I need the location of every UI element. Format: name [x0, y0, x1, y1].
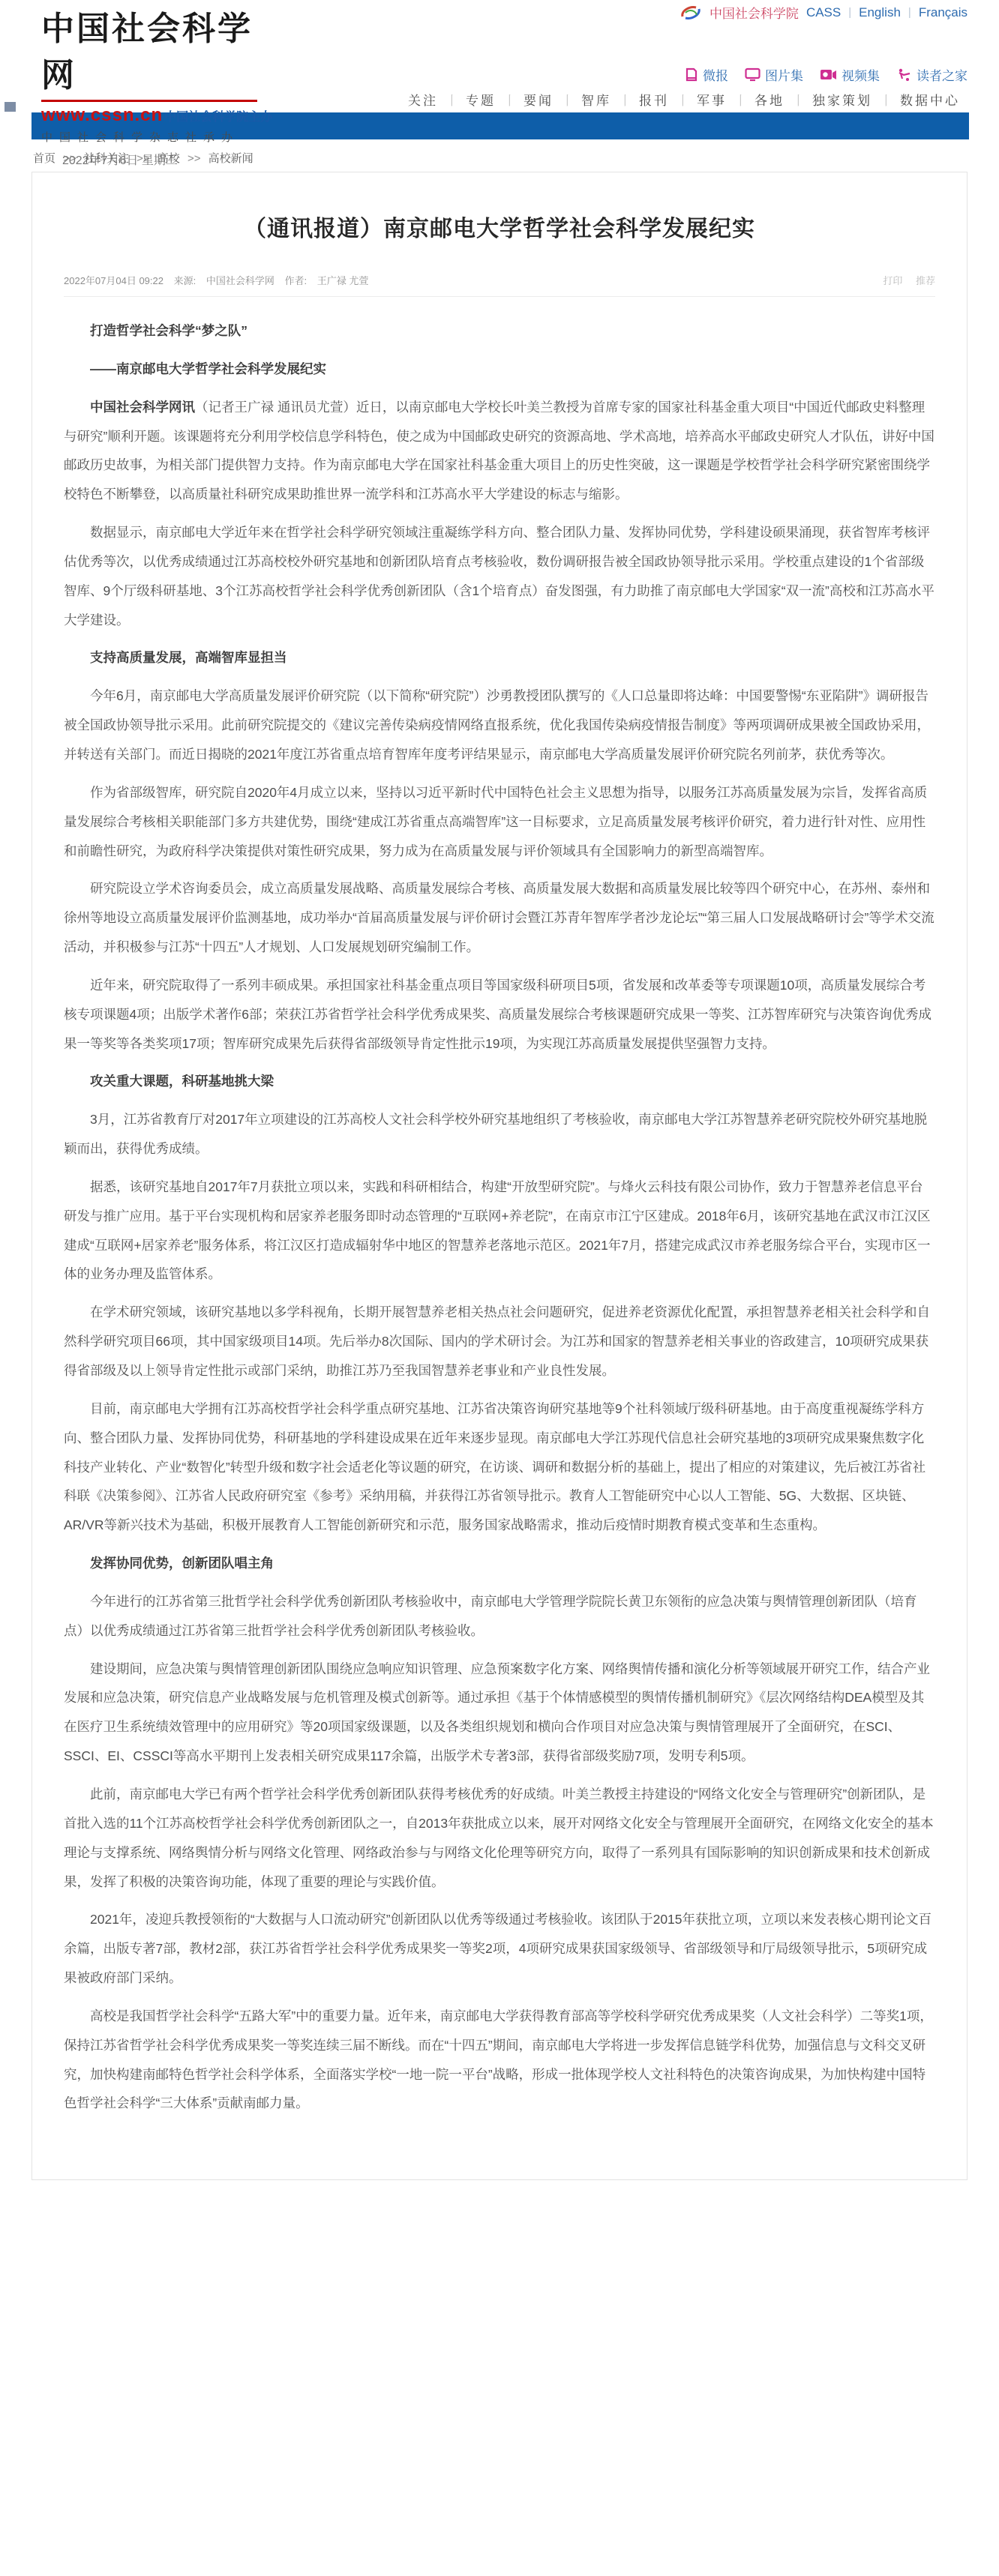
article-paragraph: 2021年，凌迎兵教授领衔的“大数据与人口流动研究”创新团队以优秀等级通过考核验… [64, 1905, 935, 1993]
site-url[interactable]: www.cssn.cn [41, 105, 163, 125]
article-paragraph: 3月，江苏省教育厅对2017年立项建设的江苏高校人文社会科学校外研究基地组织了考… [64, 1105, 935, 1164]
photo-gallery-icon [745, 67, 760, 82]
logo-red-divider [41, 100, 257, 102]
nav-item-4[interactable]: 智库 [574, 90, 619, 109]
page: 中国社会科学网 www.cssn.cn中国社会科学院主办 中国社会科学杂志社承办… [0, 0, 999, 2576]
article-container: （通讯报道）南京邮电大学哲学社会科学发展纪实 2022年07月04日 09:22… [31, 172, 967, 2180]
nav-item-1[interactable]: 关注 [400, 90, 445, 109]
article-paragraph: 据悉，该研究基地自2017年7月获批立项以来，实践和科研相结合，构建“开放型研究… [64, 1173, 935, 1289]
nav-separator: 丨 [619, 90, 631, 109]
article-paragraph: 作为省部级智库，研究院自2020年4月成立以来，坚持以习近平新时代中国特色社会主… [64, 778, 935, 866]
media-link-label: 微报 [703, 65, 728, 84]
nav-separator: 丨 [880, 90, 892, 109]
article-paragraph: 数据显示，南京邮电大学近年来在哲学社会科学研究领域注重凝练学科方向、整合团队力量… [64, 518, 935, 634]
nav-separator: 丨 [676, 90, 689, 109]
article-paragraph: 此前，南京邮电大学已有两个哲学社会科学优秀创新团队获得考核优秀的好成绩。叶美兰教… [64, 1780, 935, 1896]
top-link-cass[interactable]: CASS [806, 5, 841, 20]
micro-report-icon [684, 67, 698, 82]
nav-item-6[interactable]: 军事 [689, 90, 734, 109]
media-link-videos[interactable]: 视频集 [820, 65, 880, 84]
media-link-label: 视频集 [841, 65, 880, 84]
organizer-text: 中国社会科学杂志社承办 [41, 129, 266, 145]
site-name: 中国社会科学网 [41, 6, 266, 98]
article-paragraph: 高校是我国哲学社会科学“五路大军”中的重要力量。近年来，南京邮电大学获得教育部高… [64, 2002, 935, 2118]
paragraph-lead: 中国社会科学网讯 [90, 400, 195, 415]
top-link-separator: | [848, 6, 851, 19]
nav-separator: 丨 [561, 90, 574, 109]
top-link-english[interactable]: English [859, 5, 901, 20]
article-source: 中国社会科学网 [206, 275, 274, 286]
nav-separator: 丨 [734, 90, 747, 109]
nav-item-8[interactable]: 独家策划 [805, 90, 880, 109]
nav-item-3[interactable]: 要闻 [516, 90, 561, 109]
article-paragraph: 在学术研究领域，该研究基地以多学科视角，长期开展智慧养老相关热点社会问题研究，促… [64, 1298, 935, 1385]
media-link-readers-home[interactable]: 读者之家 [896, 65, 967, 84]
nav-separator: 丨 [503, 90, 516, 109]
nav-separator: 丨 [445, 90, 458, 109]
nav-separator: 丨 [792, 90, 805, 109]
article-paragraph: 中国社会科学网讯（记者王广禄 通讯员尤萱）近日，以南京邮电大学校长叶美兰教授为首… [64, 393, 935, 509]
article-meta: 2022年07月04日 09:22 来源: 中国社会科学网 作者: 王广禄 尤萱… [64, 273, 935, 297]
article-paragraph: 研究院设立学术咨询委员会，成立高质量发展战略、高质量发展综合考核、高质量发展大数… [64, 874, 935, 962]
top-link-francais[interactable]: Français [919, 5, 967, 20]
top-link-cass-cn[interactable]: 中国社会科学院 [709, 3, 799, 22]
article-subheading: 打造哲学社会科学“梦之队” [64, 316, 935, 346]
top-link-separator: | [908, 6, 911, 19]
article-paragraph: 近年来，研究院取得了一系列丰硕成果。承担国家社科基金重点项目等国家级科研项目5项… [64, 971, 935, 1059]
article-body: 打造哲学社会科学“梦之队”——南京邮电大学哲学社会科学发展纪实中国社会科学网讯（… [64, 316, 935, 2118]
article-paragraph: 今年6月，南京邮电大学高质量发展评价研究院（以下简称“研究院”）沙勇教授团队撰写… [64, 681, 935, 769]
article-author-label: 作者: [285, 275, 307, 286]
article-subheading: ——南京邮电大学哲学社会科学发展纪实 [64, 355, 935, 384]
top-links: 中国社会科学院 CASS | English | Français [400, 3, 967, 22]
article-subheading: 支持高质量发展，高端智库显担当 [64, 643, 935, 672]
article-subheading: 攻关重大课题，科研基地挑大梁 [64, 1067, 935, 1096]
current-date: 2022年7月6日 星期三 [62, 151, 266, 168]
recommend-button[interactable]: 推荐 [916, 275, 935, 286]
article-title: （通讯报道）南京邮电大学哲学社会科学发展纪实 [64, 210, 935, 243]
article-author: 王广禄 尤萱 [317, 275, 369, 286]
main-nav: 关注丨专题丨要闻丨智库丨报刊丨军事丨各地丨独家策划丨数据中心 [400, 90, 967, 109]
site-header: 中国社会科学网 www.cssn.cn中国社会科学院主办 中国社会科学杂志社承办… [0, 0, 999, 112]
nav-item-2[interactable]: 专题 [458, 90, 503, 109]
cass-logo-icon [679, 4, 702, 21]
sponsor-text: 中国社会科学院主办 [164, 111, 272, 124]
corner-decoration [4, 102, 16, 112]
nav-item-7[interactable]: 各地 [747, 90, 792, 109]
media-link-photos[interactable]: 图片集 [745, 65, 803, 84]
readers-home-icon [896, 67, 912, 82]
article-source-label: 来源: [174, 275, 196, 286]
nav-item-5[interactable]: 报刊 [631, 90, 676, 109]
article-subheading: 发挥协同优势，创新团队唱主角 [64, 1549, 935, 1578]
media-link-weibao[interactable]: 微报 [684, 65, 728, 84]
article-datetime: 2022年07月04日 09:22 [64, 275, 163, 286]
nav-item-9[interactable]: 数据中心 [892, 90, 967, 109]
article-paragraph: 目前，南京邮电大学拥有江苏高校哲学社会科学重点研究基地、江苏省决策咨询研究基地等… [64, 1394, 935, 1540]
media-links: 微报 图片集 视频集 [400, 65, 967, 84]
media-link-label: 图片集 [765, 65, 803, 84]
video-gallery-icon [820, 68, 837, 82]
media-link-label: 读者之家 [916, 65, 967, 84]
article-paragraph: 今年进行的江苏省第三批哲学社会科学优秀创新团队考核验收中，南京邮电大学管理学院院… [64, 1587, 935, 1646]
print-button[interactable]: 打印 [883, 275, 902, 286]
article-paragraph: 建设期间，应急决策与舆情管理创新团队围绕应急响应知识管理、应急预案数字化方案、网… [64, 1655, 935, 1771]
site-logo[interactable]: 中国社会科学网 www.cssn.cn中国社会科学院主办 中国社会科学杂志社承办… [41, 6, 266, 168]
